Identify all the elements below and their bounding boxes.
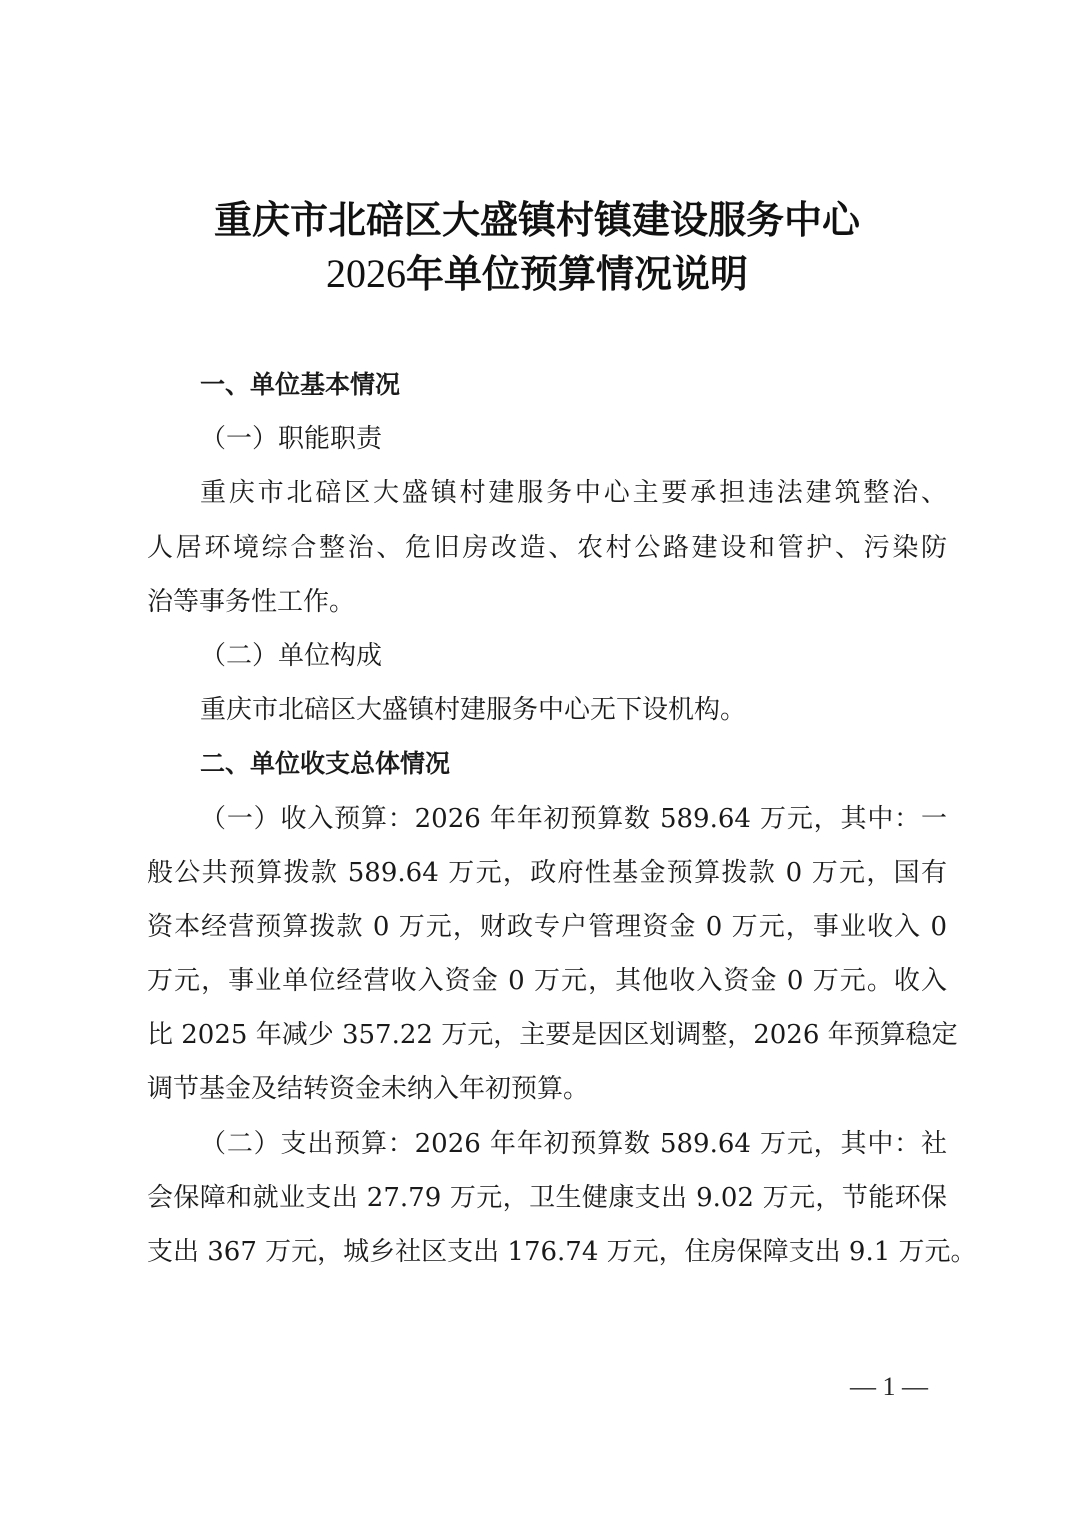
paragraph-line-income: 比 2025 年减少 357.22 万元，主要是因区划调整，2026 年预算稳定 [147, 1008, 947, 1062]
paragraph-line-income: 资本经营预算拨款 0 万元，财政专户管理资金 0 万元，事业收入 0 [147, 900, 947, 954]
document-page: 重庆市北碚区大盛镇村镇建设服务中心 2026年单位预算情况说明 一、单位基本情况… [0, 0, 1074, 1520]
paragraph-line-expenditure: 支出 367 万元，城乡社区支出 176.74 万元，住房保障支出 9.1 万元… [147, 1225, 947, 1279]
paragraph-line-income: （一）收入预算：2026 年年初预算数 589.64 万元，其中：一 [147, 792, 947, 846]
paragraph-line: 人居环境综合整治、危旧房改造、农村公路建设和管护、污染防 [147, 521, 947, 575]
paragraph-line: 重庆市北碚区大盛镇村建服务中心无下设机构。 [147, 683, 947, 737]
subsection-heading-composition: （二）单位构成 [147, 629, 947, 683]
title-line-2-text: 年单位预算情况说明 [406, 251, 748, 296]
title-line-1: 重庆市北碚区大盛镇村镇建设服务中心 [0, 193, 1074, 247]
paragraph-line: 治等事务性工作。 [147, 575, 947, 629]
section-heading-income-expenditure: 二、单位收支总体情况 [147, 737, 947, 791]
title-line-2: 2026年单位预算情况说明 [0, 247, 1074, 301]
paragraph-line-expenditure: 会保障和就业支出 27.79 万元，卫生健康支出 9.02 万元，节能环保 [147, 1171, 947, 1225]
document-title: 重庆市北碚区大盛镇村镇建设服务中心 2026年单位预算情况说明 [0, 193, 1074, 301]
paragraph-line-income: 般公共预算拨款 589.64 万元，政府性基金预算拨款 0 万元，国有 [147, 846, 947, 900]
subsection-heading-functions: （一）职能职责 [147, 412, 947, 466]
paragraph-line-income: 万元，事业单位经营收入资金 0 万元，其他收入资金 0 万元。收入 [147, 954, 947, 1008]
title-year: 2026 [326, 251, 406, 296]
section-heading-basic-info: 一、单位基本情况 [147, 358, 947, 412]
paragraph-line-income: 调节基金及结转资金未纳入年初预算。 [147, 1062, 947, 1116]
document-body: 一、单位基本情况 （一）职能职责 重庆市北碚区大盛镇村建服务中心主要承担违法建筑… [147, 358, 947, 1279]
paragraph-line-expenditure: （二）支出预算：2026 年年初预算数 589.64 万元，其中：社 [147, 1117, 947, 1171]
paragraph-line: 重庆市北碚区大盛镇村建服务中心主要承担违法建筑整治、 [147, 466, 947, 520]
page-number: — 1 — [850, 1372, 928, 1402]
